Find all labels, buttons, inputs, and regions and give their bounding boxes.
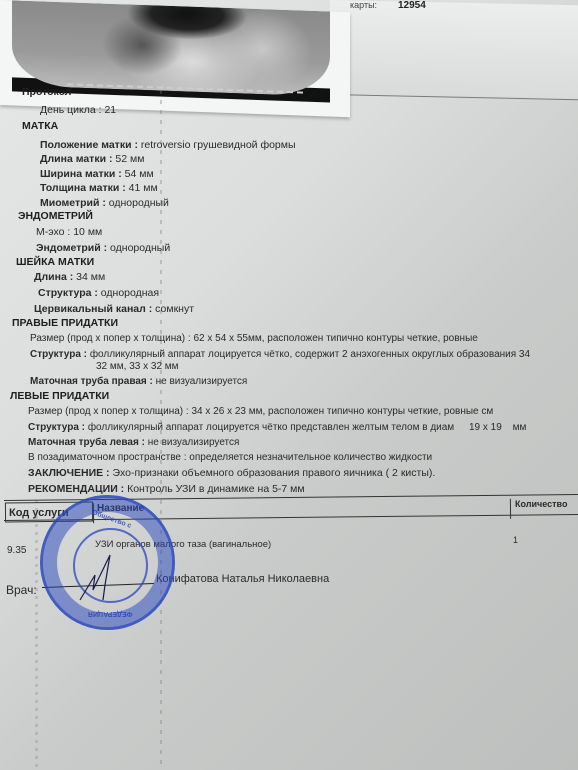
uterus-position-value: retroversio грушевидной формы — [141, 139, 296, 151]
cervix-length-label: Длина : — [34, 271, 73, 283]
myometrium: Миометрий : однородный — [40, 197, 169, 209]
uterus-width-value: 54 мм — [125, 168, 154, 180]
right-adnexa-size-value: 62 x 54 x 55мм, расположен типично конту… — [193, 333, 477, 344]
corpus-luteum-unit: мм — [513, 422, 527, 433]
right-adnexa-heading: ПРАВЫЕ ПРИДАТКИ — [12, 317, 118, 329]
left-adnexa-heading: ЛЕВЫЕ ПРИДАТКИ — [10, 390, 109, 402]
cycle-day-label: День цикла : — [40, 104, 102, 116]
left-fallopian-tube: Маточная труба левая : не визуализируетс… — [28, 437, 239, 448]
uterus-thickness-label: Толщина матки : — [40, 182, 126, 194]
right-adnexa-size: Размер (прод х попер х толщина) : 62 x 5… — [30, 333, 478, 344]
retrouterine-space: В позадиматочном пространстве : определя… — [28, 452, 432, 463]
cervical-canal: Цервикальный канал : сомкнут — [34, 303, 194, 315]
recommendations: РЕКОМЕНДАЦИИ : Контроль УЗИ в динамике н… — [28, 483, 305, 495]
left-tube-label: Маточная труба левая : — [28, 437, 145, 448]
doctor-label: Врач: — [6, 583, 37, 597]
endometrium-label: Эндометрий : — [36, 242, 107, 254]
left-adnexa-size-value: 34 x 26 x 23 мм, расположен типично конт… — [191, 406, 493, 417]
right-tube-value: не визуализируется — [156, 376, 248, 387]
uterus-heading: МАТКА — [22, 120, 58, 132]
doctor-name: Конифатова Наталья Николаевна — [156, 573, 329, 585]
m-echo-label: М-эхо : — [36, 226, 70, 238]
protocol-title: Протокол — [22, 86, 71, 98]
cycle-day: День цикла : 21 — [40, 104, 116, 116]
right-fallopian-tube: Маточная труба правая : не визуализирует… — [30, 376, 247, 387]
uterus-thickness: Толщина матки : 41 мм — [40, 182, 158, 194]
retrouterine-label: В позадиматочном пространстве : — [28, 452, 187, 463]
cycle-day-value: 21 — [104, 104, 116, 116]
right-adnexa-structure-value: фолликулярный аппарат лоцируется чётко, … — [90, 349, 530, 360]
signature-icon — [75, 550, 135, 605]
recommendations-value: Контроль УЗИ в динамике на 5-7 мм — [127, 483, 305, 495]
column-header-quantity: Количество — [515, 499, 567, 509]
m-echo-value: 10 мм — [73, 226, 102, 238]
cervical-canal-label: Цервикальный канал : — [34, 303, 152, 315]
left-adnexa-structure: Структура : фолликулярный аппарат лоциру… — [28, 422, 526, 433]
endometrium: Эндометрий : однородный — [36, 242, 170, 254]
right-tube-label: Маточная труба правая : — [30, 376, 153, 387]
conclusion: ЗАКЛЮЧЕНИЕ : Эхо-признаки объемного обра… — [28, 467, 435, 479]
endometrium-heading: ЭНДОМЕТРИЙ — [18, 210, 93, 222]
left-adnexa-structure-label: Структура : — [28, 422, 85, 433]
myometrium-label: Миометрий : — [40, 197, 106, 209]
table-row-quantity: 1 — [513, 535, 518, 545]
uterus-width: Ширина матки : 54 мм — [40, 168, 154, 180]
conclusion-label: ЗАКЛЮЧЕНИЕ : — [28, 467, 110, 479]
uterus-position: Положение матки : retroversio грушевидно… — [40, 139, 296, 151]
uterus-length: Длина матки : 52 мм — [40, 153, 144, 165]
uterus-thickness-value: 41 мм — [129, 182, 158, 194]
left-adnexa-size: Размер (прод х попер х толщина) : 34 x 2… — [28, 406, 493, 417]
corpus-luteum-size: 19 x 19 — [469, 422, 502, 433]
table-row-code: 9.35 — [7, 545, 26, 556]
stamp-bottom-text: ФЕДЕРАЦИЯ — [88, 610, 133, 617]
right-adnexa-structure-cont: 32 мм, 33 x 32 мм — [96, 361, 179, 372]
left-adnexa-size-label: Размер (прод х попер х толщина) : — [28, 406, 189, 417]
retrouterine-value: определяется незначительное количество ж… — [189, 452, 432, 463]
uterus-length-value: 52 мм — [115, 153, 144, 165]
recommendations-label: РЕКОМЕНДАЦИИ : — [28, 483, 124, 495]
cervix-structure-value: однородная — [101, 287, 159, 299]
cervix-heading: ШЕЙКА МАТКИ — [16, 256, 94, 268]
uterus-position-label: Положение матки : — [40, 139, 138, 151]
endometrium-value: однородный — [110, 242, 170, 254]
m-echo: М-эхо : 10 мм — [36, 226, 102, 238]
report-document: Протокол День цикла : 21 МАТКА Положение… — [0, 0, 578, 770]
right-adnexa-structure-label: Структура : — [30, 349, 87, 360]
uterus-width-label: Ширина матки : — [40, 168, 122, 180]
right-adnexa-size-label: Размер (прод х попер х толщина) : — [30, 333, 191, 344]
cervix-length-value: 34 мм — [76, 271, 105, 283]
left-tube-value: не визуализируется — [148, 437, 240, 448]
cervix-structure: Структура : однородная — [38, 287, 159, 299]
conclusion-value: Эхо-признаки объемного образования право… — [112, 467, 435, 479]
cervix-structure-label: Структура : — [38, 287, 98, 299]
cervix-length: Длина : 34 мм — [34, 271, 105, 283]
left-adnexa-structure-value: фолликулярный аппарат лоцируется чётко п… — [88, 422, 454, 433]
myometrium-value: однородный — [109, 197, 169, 209]
cervical-canal-value: сомкнут — [155, 303, 194, 315]
stamp-top-text: Общество с — [91, 509, 132, 530]
right-adnexa-structure: Структура : фолликулярный аппарат лоциру… — [30, 349, 530, 360]
uterus-length-label: Длина матки : — [40, 153, 112, 165]
